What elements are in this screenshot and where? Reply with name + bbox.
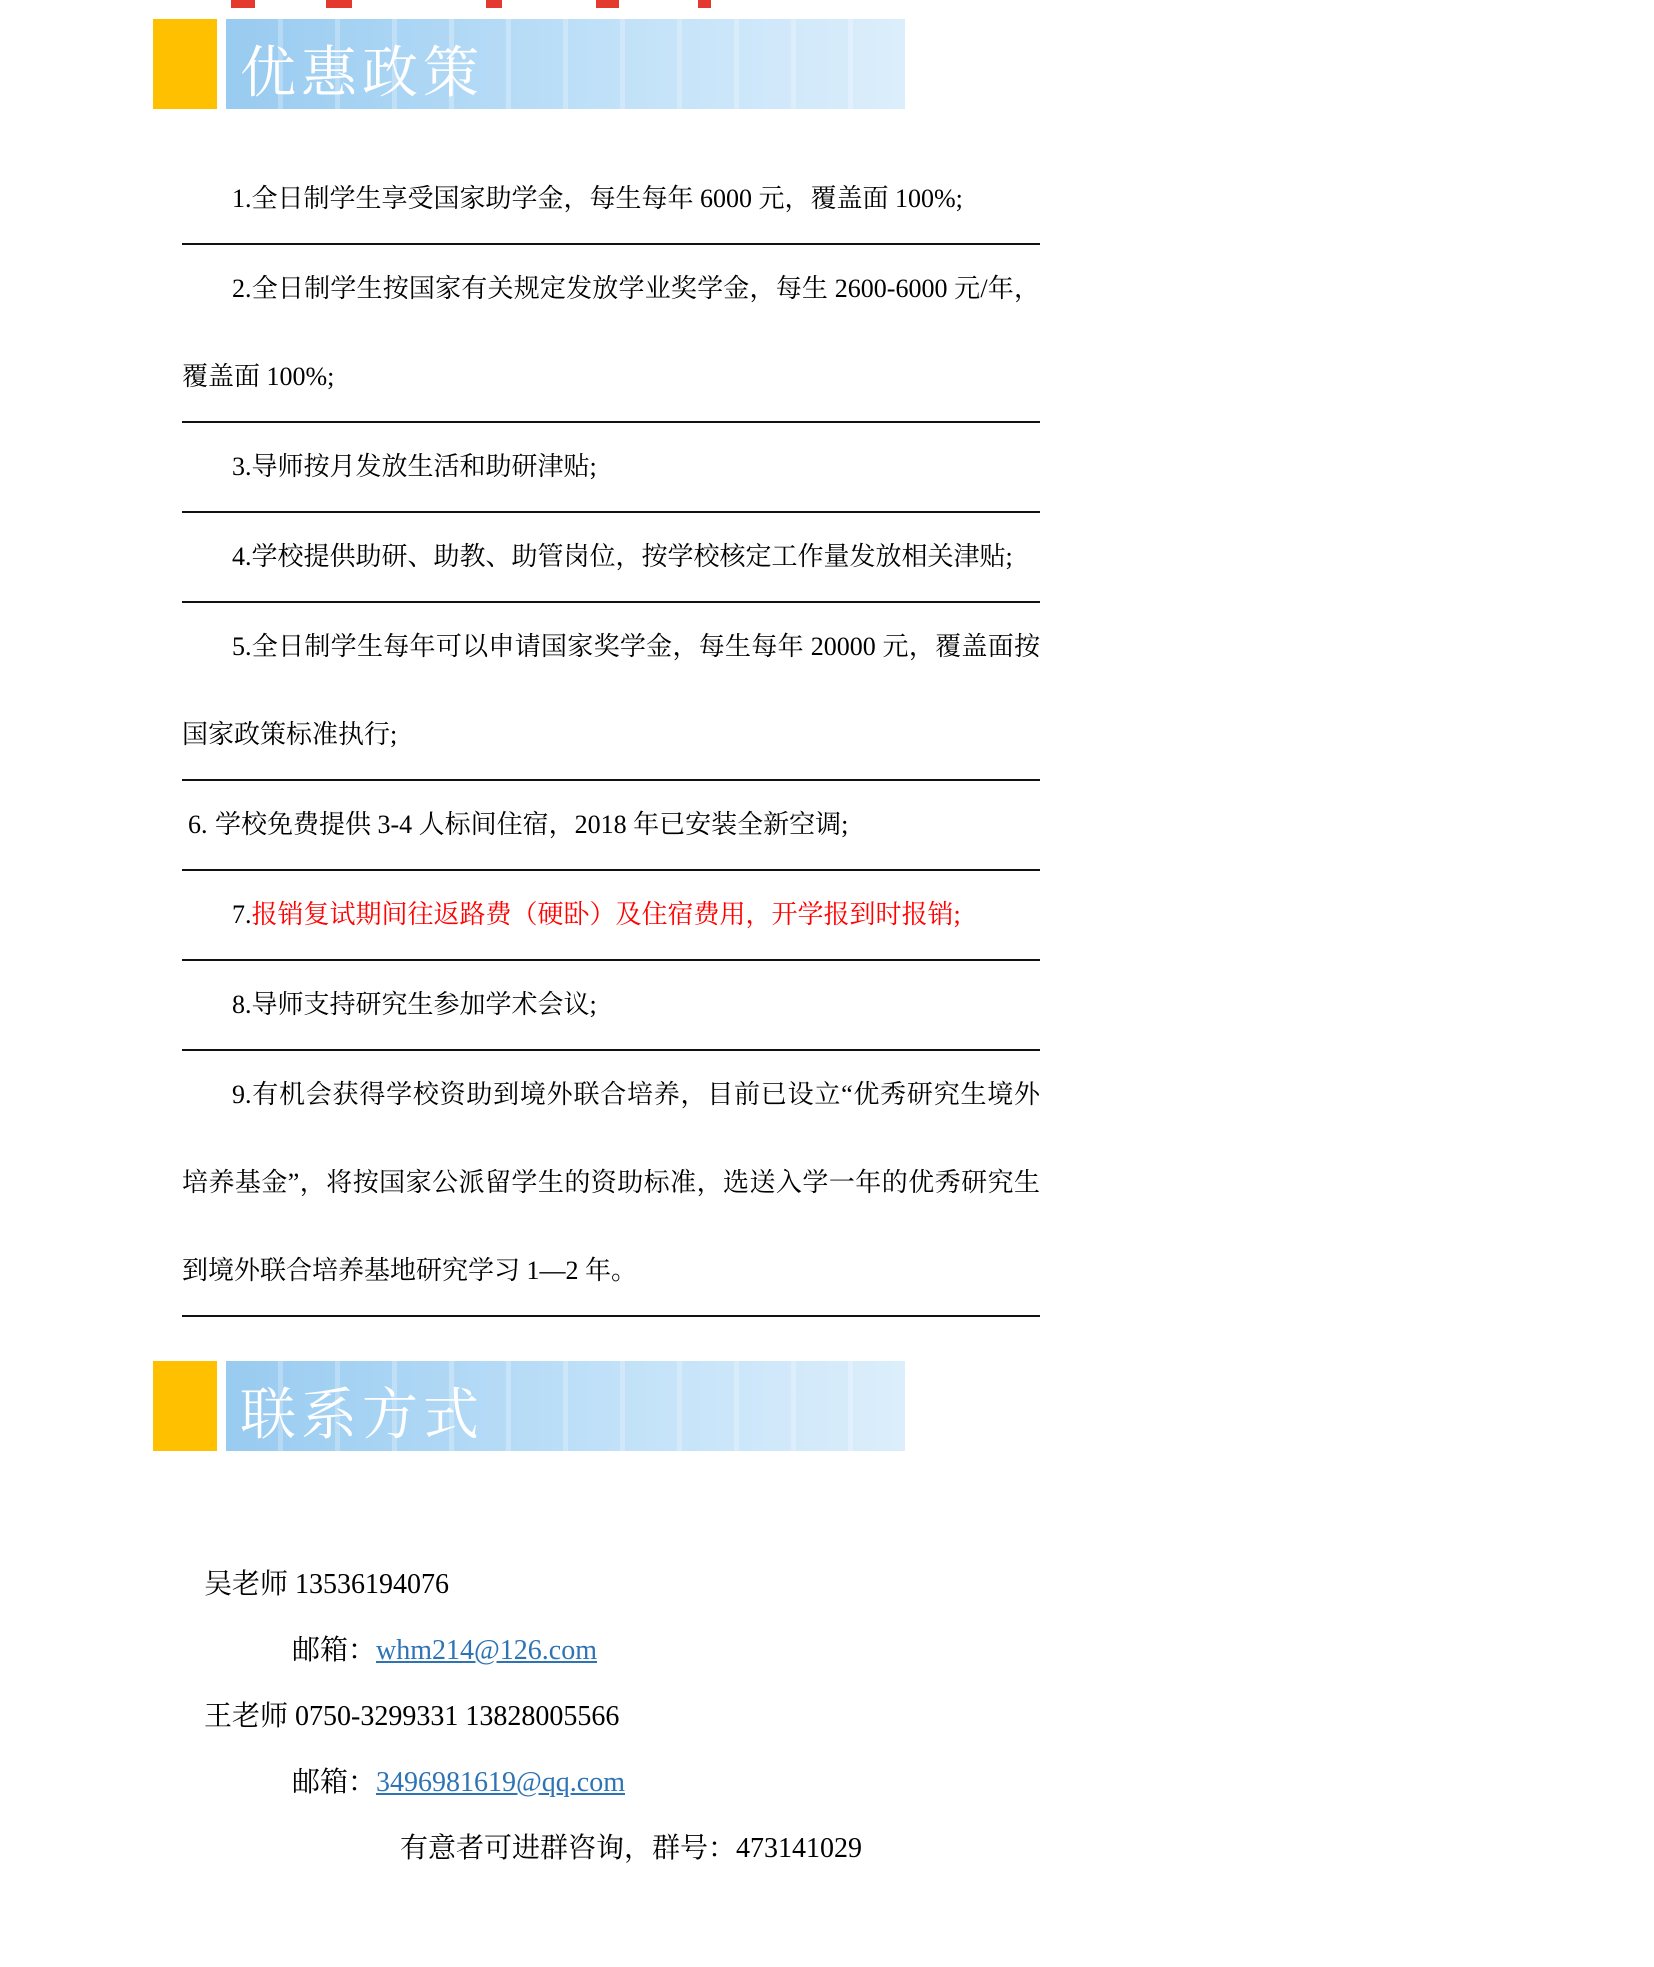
email-link-2[interactable]: 3496981619@qq.com <box>376 1767 625 1798</box>
policy-item-text-red: 报销复试期间往返路费（硬卧）及住宿费用，开学报到时报销; <box>252 900 961 929</box>
yellow-accent-block <box>153 1361 217 1451</box>
cutoff-red-mark <box>231 0 255 8</box>
contact-email-line-1: 邮箱：whm214@126.com <box>292 1618 862 1684</box>
group-note: 有意者可进群咨询，群号：473141029 <box>400 1816 862 1882</box>
contact-name-phone-2: 王老师 0750-3299331 13828005566 <box>204 1684 862 1750</box>
policy-item-9: 9.有机会获得学校资助到境外联合培养，目前已设立“优秀研究生境外培养基金”，将按… <box>182 1051 1040 1317</box>
policy-item-number: 3. <box>207 423 252 511</box>
contact-section-header: 联系方式 <box>153 1361 905 1451</box>
policy-item-number: 1. <box>207 155 252 243</box>
policy-item-text: 学校免费提供 3-4 人标间住宿，2018 年已安装全新空调; <box>215 810 848 839</box>
policy-item-4: 4.学校提供助研、助教、助管岗位，按学校核定工作量发放相关津贴; <box>182 513 1040 603</box>
document-page: 优惠政策 1.全日制学生享受国家助学金，每生每年 6000 元，覆盖面 100%… <box>0 0 1654 1967</box>
policy-section-title: 优惠政策 <box>240 29 484 109</box>
policy-item-text: 导师支持研究生参加学术会议; <box>252 990 597 1019</box>
policy-item-number: 2. <box>207 245 252 333</box>
policy-item-number: 8. <box>207 961 252 1049</box>
contact-section-title: 联系方式 <box>240 1371 484 1451</box>
policy-item-6: 6.学校免费提供 3-4 人标间住宿，2018 年已安装全新空调; <box>182 781 1040 871</box>
contact-name-phone-1: 吴老师 13536194076 <box>204 1552 862 1618</box>
policy-item-number: 9. <box>207 1051 252 1139</box>
policy-item-1: 1.全日制学生享受国家助学金，每生每年 6000 元，覆盖面 100%; <box>182 155 1040 245</box>
contact-email-line-2: 邮箱：3496981619@qq.com <box>292 1750 862 1816</box>
email-label: 邮箱： <box>292 1767 376 1798</box>
policy-item-text: 全日制学生享受国家助学金，每生每年 6000 元，覆盖面 100%; <box>252 184 963 213</box>
policy-item-text: 全日制学生每年可以申请国家奖学金，每生每年 20000 元，覆盖面按国家政策标准… <box>182 632 1040 749</box>
cutoff-red-mark <box>596 0 619 8</box>
policy-item-number: 5. <box>207 603 252 691</box>
cutoff-red-mark <box>698 0 711 8</box>
cutoff-red-mark <box>486 0 502 8</box>
policy-item-number: 4. <box>207 513 252 601</box>
policy-item-8: 8.导师支持研究生参加学术会议; <box>182 961 1040 1051</box>
policy-item-5: 5.全日制学生每年可以申请国家奖学金，每生每年 20000 元，覆盖面按国家政策… <box>182 603 1040 781</box>
policy-item-3: 3.导师按月发放生活和助研津贴; <box>182 423 1040 513</box>
policy-section-header: 优惠政策 <box>153 19 905 109</box>
policy-item-number: 6. <box>185 781 215 869</box>
email-link-1[interactable]: whm214@126.com <box>376 1635 597 1666</box>
policy-title-bar: 优惠政策 <box>226 19 905 109</box>
contact-title-bar: 联系方式 <box>226 1361 905 1451</box>
policy-item-7: 7.报销复试期间往返路费（硬卧）及住宿费用，开学报到时报销; <box>182 871 1040 961</box>
policy-item-text: 全日制学生按国家有关规定发放学业奖学金，每生 2600-6000 元/年，覆盖面… <box>182 274 1040 391</box>
yellow-accent-block <box>153 19 217 109</box>
policy-item-number: 7. <box>207 871 252 959</box>
policy-list: 1.全日制学生享受国家助学金，每生每年 6000 元，覆盖面 100%; 2.全… <box>182 155 1040 1317</box>
cutoff-red-mark <box>326 0 352 8</box>
policy-item-2: 2.全日制学生按国家有关规定发放学业奖学金，每生 2600-6000 元/年，覆… <box>182 245 1040 423</box>
email-label: 邮箱： <box>292 1635 376 1666</box>
policy-item-text: 有机会获得学校资助到境外联合培养，目前已设立“优秀研究生境外培养基金”，将按国家… <box>182 1080 1040 1285</box>
policy-item-text: 导师按月发放生活和助研津贴; <box>252 452 597 481</box>
policy-item-text: 学校提供助研、助教、助管岗位，按学校核定工作量发放相关津贴; <box>252 542 1013 571</box>
contact-block: 吴老师 13536194076 邮箱：whm214@126.com 王老师 07… <box>204 1552 862 1882</box>
